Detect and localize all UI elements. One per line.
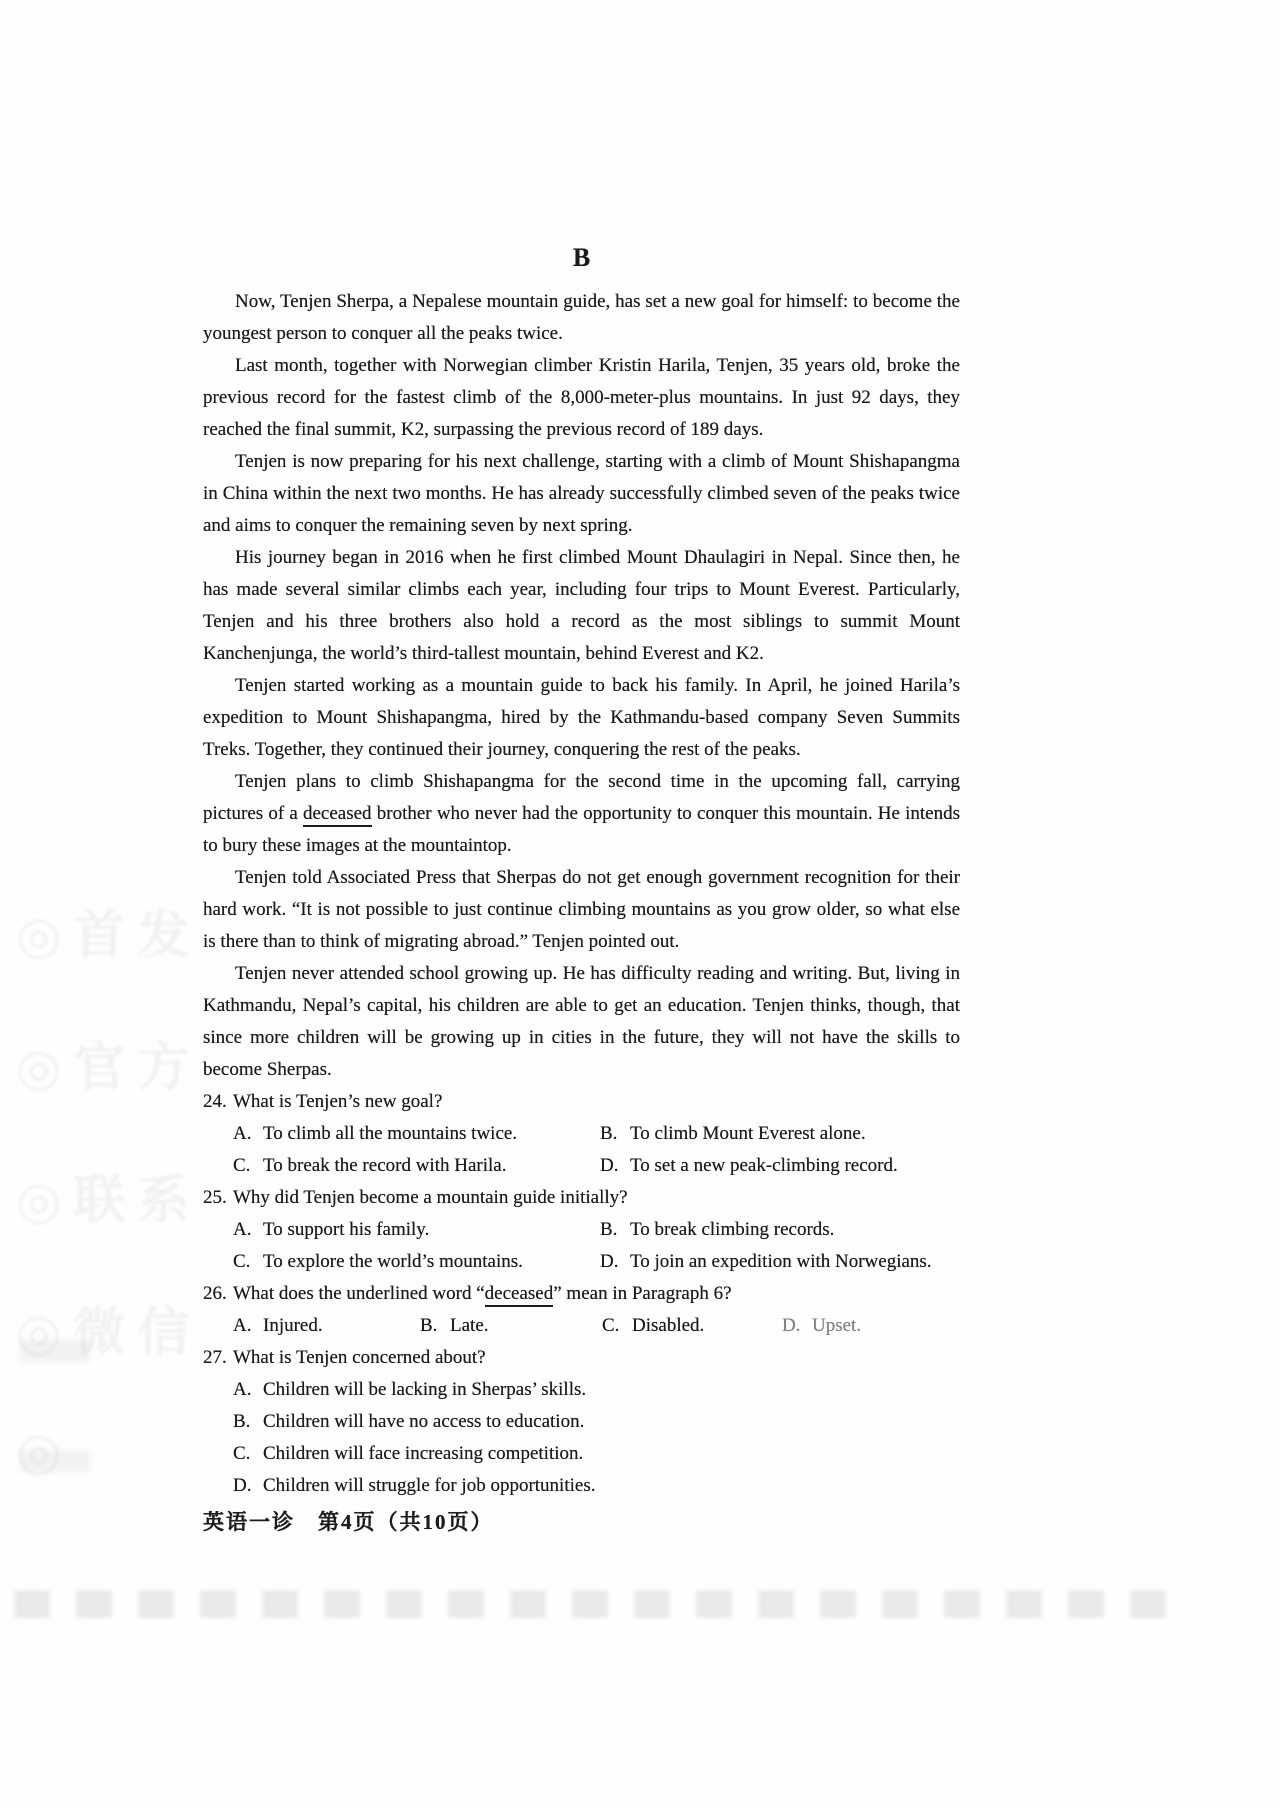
option-a: A.Injured.: [233, 1310, 420, 1342]
underlined-word-deceased: deceased: [485, 1283, 554, 1307]
option-label: D.: [782, 1310, 812, 1342]
options-row: A.Injured. B.Late. C.Disabled. D.Upset.: [233, 1310, 960, 1342]
option-label: D.: [600, 1246, 630, 1278]
option-label: B.: [233, 1406, 263, 1438]
option-text: To set a new peak-climbing record.: [630, 1155, 898, 1176]
option-label: A.: [233, 1214, 263, 1246]
option-d: D.Upset.: [782, 1310, 960, 1342]
underlined-word-deceased: deceased: [303, 803, 372, 827]
option-text: To climb all the mountains twice.: [263, 1123, 517, 1144]
question-text: What is Tenjen’s new goal?: [233, 1091, 442, 1112]
option-text: To climb Mount Everest alone.: [630, 1123, 866, 1144]
passage-paragraph-with-underline: Tenjen plans to climb Shishapangma for t…: [203, 766, 960, 862]
option-label: C.: [233, 1150, 263, 1182]
option-c: C.To break the record with Harila.: [233, 1150, 600, 1182]
option-text: To support his family.: [263, 1219, 429, 1240]
option-text: To break the record with Harila.: [263, 1155, 506, 1176]
option-b: B.Children will have no access to educat…: [233, 1406, 960, 1438]
watermark-shoufa: ◎首发: [16, 893, 201, 968]
option-label: B.: [600, 1118, 630, 1150]
option-a: A.To support his family.: [233, 1214, 600, 1246]
option-label: A.: [233, 1118, 263, 1150]
question-text: ” mean in Paragraph 6?: [553, 1283, 731, 1304]
question-stem: 26.What does the underlined word “deceas…: [203, 1278, 960, 1310]
option-label: C.: [233, 1438, 263, 1470]
question-text: What is Tenjen concerned about?: [233, 1347, 486, 1368]
option-label: D.: [233, 1470, 263, 1502]
margin-smudge: [20, 1450, 90, 1472]
options-grid: A.To support his family. B.To break clim…: [233, 1214, 960, 1278]
question-26: 26.What does the underlined word “deceas…: [203, 1278, 960, 1342]
section-heading: B: [203, 240, 960, 276]
question-25: 25.Why did Tenjen become a mountain guid…: [203, 1182, 960, 1278]
option-text: Children will face increasing competitio…: [263, 1443, 583, 1464]
option-c: C.Disabled.: [602, 1310, 782, 1342]
page-content: B Now, Tenjen Sherpa, a Nepalese mountai…: [203, 240, 960, 1536]
option-label: D.: [600, 1150, 630, 1182]
passage-paragraph: Tenjen is now preparing for his next cha…: [203, 446, 960, 542]
option-d: D.Children will struggle for job opportu…: [233, 1470, 960, 1502]
option-a: A.Children will be lacking in Sherpas’ s…: [233, 1374, 960, 1406]
option-c: C.To explore the world’s mountains.: [233, 1246, 600, 1278]
option-d: D.To set a new peak-climbing record.: [600, 1150, 960, 1182]
questions-section: 24.What is Tenjen’s new goal? A.To climb…: [203, 1086, 960, 1502]
question-text: Why did Tenjen become a mountain guide i…: [233, 1187, 628, 1208]
passage-paragraph: Last month, together with Norwegian clim…: [203, 350, 960, 446]
reading-passage: Now, Tenjen Sherpa, a Nepalese mountain …: [203, 286, 960, 1086]
passage-paragraph: Now, Tenjen Sherpa, a Nepalese mountain …: [203, 286, 960, 350]
option-text: Disabled.: [632, 1315, 704, 1336]
passage-paragraph: Tenjen started working as a mountain gui…: [203, 670, 960, 766]
passage-paragraph: Tenjen never attended school growing up.…: [203, 958, 960, 1086]
option-label: A.: [233, 1374, 263, 1406]
options-grid: A.To climb all the mountains twice. B.To…: [233, 1118, 960, 1182]
question-stem: 25.Why did Tenjen become a mountain guid…: [203, 1182, 960, 1214]
option-a: A.To climb all the mountains twice.: [233, 1118, 600, 1150]
option-label: A.: [233, 1310, 263, 1342]
question-number: 25.: [203, 1182, 233, 1214]
question-text: What does the underlined word “: [233, 1283, 485, 1304]
passage-paragraph: Tenjen told Associated Press that Sherpa…: [203, 862, 960, 958]
option-text: Injured.: [263, 1315, 323, 1336]
option-label: B.: [600, 1214, 630, 1246]
question-stem: 27.What is Tenjen concerned about?: [203, 1342, 960, 1374]
option-text: Children will struggle for job opportuni…: [263, 1475, 595, 1496]
options-list: A.Children will be lacking in Sherpas’ s…: [233, 1374, 960, 1502]
option-b: B.To climb Mount Everest alone.: [600, 1118, 960, 1150]
option-label: C.: [602, 1310, 632, 1342]
exam-scan-page: ◎首发 ◎官方 ◎联系 ◎微信 ◎ B Now, Tenjen Sherpa, …: [0, 0, 1280, 1808]
option-d: D.To join an expedition with Norwegians.: [600, 1246, 960, 1278]
question-number: 24.: [203, 1086, 233, 1118]
question-24: 24.What is Tenjen’s new goal? A.To climb…: [203, 1086, 960, 1182]
option-text: Late.: [450, 1315, 489, 1336]
option-text: To explore the world’s mountains.: [263, 1251, 523, 1272]
page-footer: 英语一诊 第4页（共10页）: [203, 1506, 960, 1536]
option-b: B.Late.: [420, 1310, 602, 1342]
margin-smudge: [20, 1340, 90, 1362]
bottom-watermark-smudge: [14, 1590, 1179, 1618]
question-number: 27.: [203, 1342, 233, 1374]
option-b: B.To break climbing records.: [600, 1214, 960, 1246]
option-text: To join an expedition with Norwegians.: [630, 1251, 932, 1272]
question-stem: 24.What is Tenjen’s new goal?: [203, 1086, 960, 1118]
option-text: Children will be lacking in Sherpas’ ski…: [263, 1379, 586, 1400]
option-text: Children will have no access to educatio…: [263, 1411, 584, 1432]
option-label: C.: [233, 1246, 263, 1278]
option-c: C.Children will face increasing competit…: [233, 1438, 960, 1470]
watermark-lianxi: ◎联系: [16, 1158, 201, 1233]
option-label: B.: [420, 1310, 450, 1342]
question-27: 27.What is Tenjen concerned about? A.Chi…: [203, 1342, 960, 1502]
passage-paragraph: His journey began in 2016 when he first …: [203, 542, 960, 670]
question-number: 26.: [203, 1278, 233, 1310]
watermark-guanfang: ◎官方: [16, 1025, 201, 1100]
option-text: Upset.: [812, 1315, 861, 1336]
option-text: To break climbing records.: [630, 1219, 834, 1240]
